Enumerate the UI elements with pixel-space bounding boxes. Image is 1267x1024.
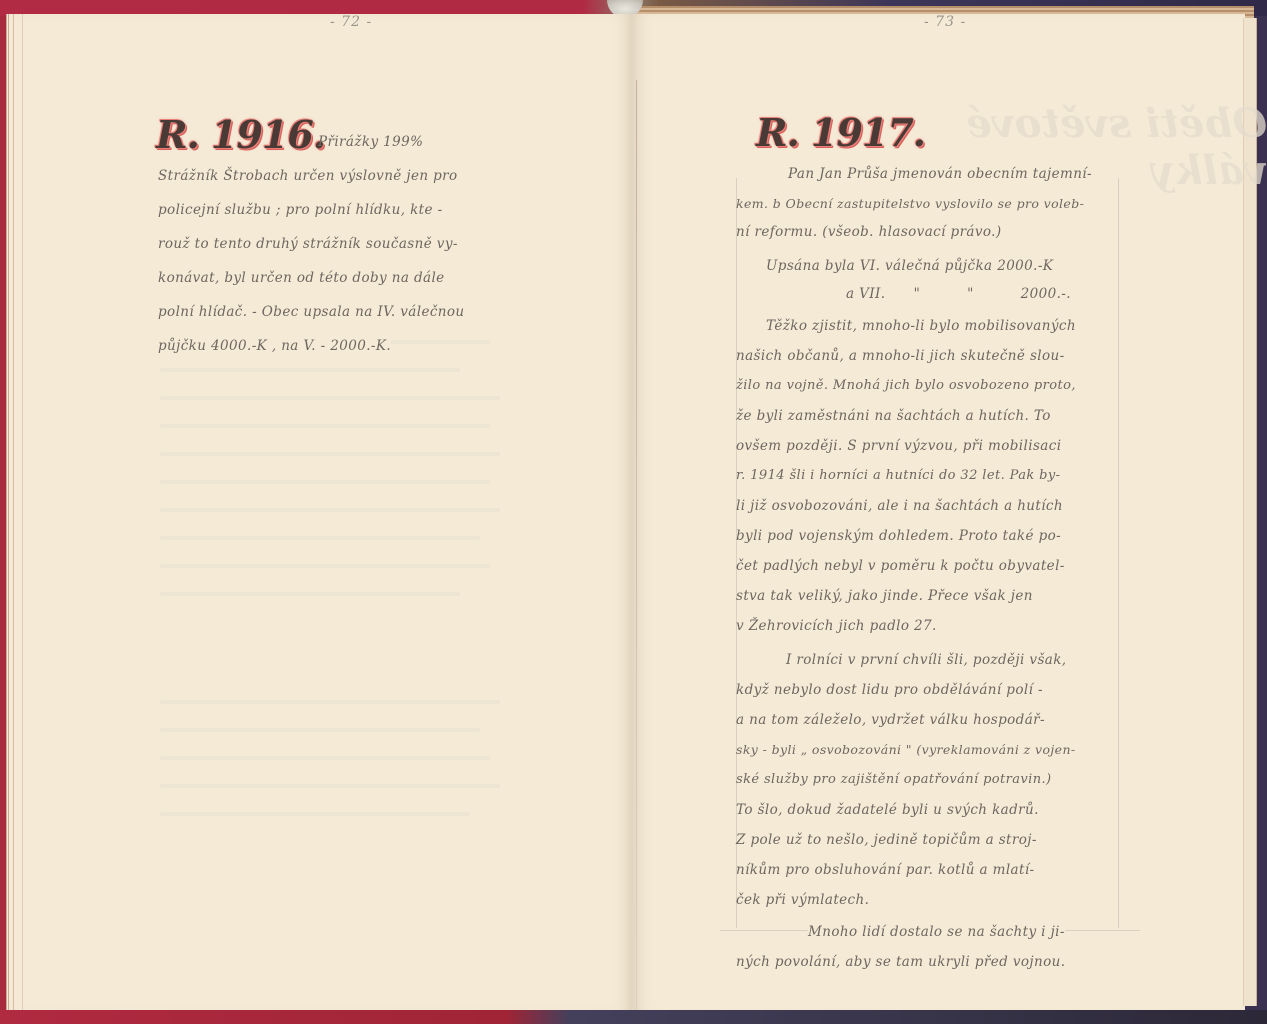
text-line: kem. b Obecní zastupitelstvo vyslovilo s… (736, 196, 1084, 211)
text-line: ovšem později. S první výzvou, při mobil… (736, 438, 1061, 454)
text-line: Těžko zjistit, mnoho-li bylo mobilisovan… (766, 318, 1076, 334)
left-page (6, 14, 634, 1014)
bleed-through-line (160, 592, 460, 596)
text-line: čet padlých nebyl v poměru k počtu obyva… (736, 558, 1065, 574)
text-line: Mnoho lidí dostalo se na šachty i ji- (808, 924, 1065, 940)
text-line: a VII. " " 2000.-. (846, 286, 1071, 302)
text-line: Pan Jan Průša jmenován obecním tajemní- (788, 166, 1092, 182)
text-line: polní hlídač. - Obec upsala na IV. váleč… (158, 304, 465, 320)
page-number-right: - 73 - (924, 14, 966, 30)
bleed-through-line (160, 480, 490, 484)
year-heading-1917: R. 1917. (756, 110, 925, 155)
text-line: půjčku 4000.-K , na V. - 2000.-K. (158, 338, 391, 354)
page-frame-line (1118, 178, 1119, 928)
text-line: To šlo, dokud žadatelé byli u svých kadr… (736, 802, 1039, 818)
bleed-through-line (160, 756, 490, 760)
text-line: konávat, byl určen od této doby na dále (158, 270, 445, 286)
text-line: níkům pro obsluhování par. kotlů a mlatí… (736, 862, 1035, 878)
text-line: našich občanů, a mnoho-li jich skutečně … (736, 348, 1065, 364)
text-line: I rolníci v první chvíli šli, později vš… (786, 652, 1067, 668)
text-line: Strážník Štrobach určen výslovně jen pro (158, 168, 458, 184)
text-line: ní reformu. (všeob. hlasovací právo.) (736, 224, 1002, 240)
text-line: policejní službu ; pro polní hlídku, kte… (158, 202, 443, 218)
bleed-through-line (160, 368, 460, 372)
text-line: ných povolání, aby se tam ukryli před vo… (736, 954, 1065, 970)
bleed-through-line (160, 728, 480, 732)
text-line: Z pole už to nešlo, jedině topičům a str… (736, 832, 1037, 848)
text-line: když nebylo dost lidu pro obdělávání pol… (736, 682, 1043, 698)
text-line: stva tak veliký, jako jinde. Přece však … (736, 588, 1033, 604)
bleed-through-line (160, 784, 500, 788)
book-gutter (636, 80, 637, 1010)
text-line: že byli zaměstnáni na šachtách a hutích.… (736, 408, 1051, 424)
left-page-edge (13, 14, 23, 1014)
book-cover-bottom (0, 1010, 1267, 1024)
text-line: Přirážky 199% (318, 134, 423, 150)
bleed-through-line (160, 452, 500, 456)
text-line: Upsána byla VI. válečná půjčka 2000.-K (766, 258, 1053, 274)
text-line: li již osvobozováni, ale i na šachtách a… (736, 498, 1063, 514)
year-heading-1916: R. 1916. (156, 112, 325, 157)
text-line: ček při výmlatech. (736, 892, 869, 908)
bleed-through-line (160, 812, 470, 816)
bleed-through-line (160, 396, 500, 400)
bleed-through-line (160, 564, 490, 568)
text-line: žilo na vojně. Mnohá jich bylo osvobozen… (736, 378, 1076, 393)
text-line: byli pod vojenským dohledem. Proto také … (736, 528, 1061, 544)
text-line: sky - byli „ osvobozováni " (vyreklamová… (736, 742, 1076, 757)
bleed-through-line (160, 424, 490, 428)
text-line: r. 1914 šli i horníci a hutníci do 32 le… (736, 468, 1060, 483)
bleed-through-line (160, 536, 480, 540)
text-line: v Žehrovicích jich padlo 27. (736, 618, 937, 634)
bleed-through-line (160, 508, 500, 512)
page-number-left: - 72 - (330, 14, 372, 30)
text-line: a na tom záleželo, vydržet válku hospodá… (736, 712, 1045, 728)
text-line: rouž to tento druhý strážník současně vy… (158, 236, 458, 252)
text-line: ské služby pro zajištění opatřování potr… (736, 772, 1052, 787)
bleed-through-line (160, 700, 500, 704)
